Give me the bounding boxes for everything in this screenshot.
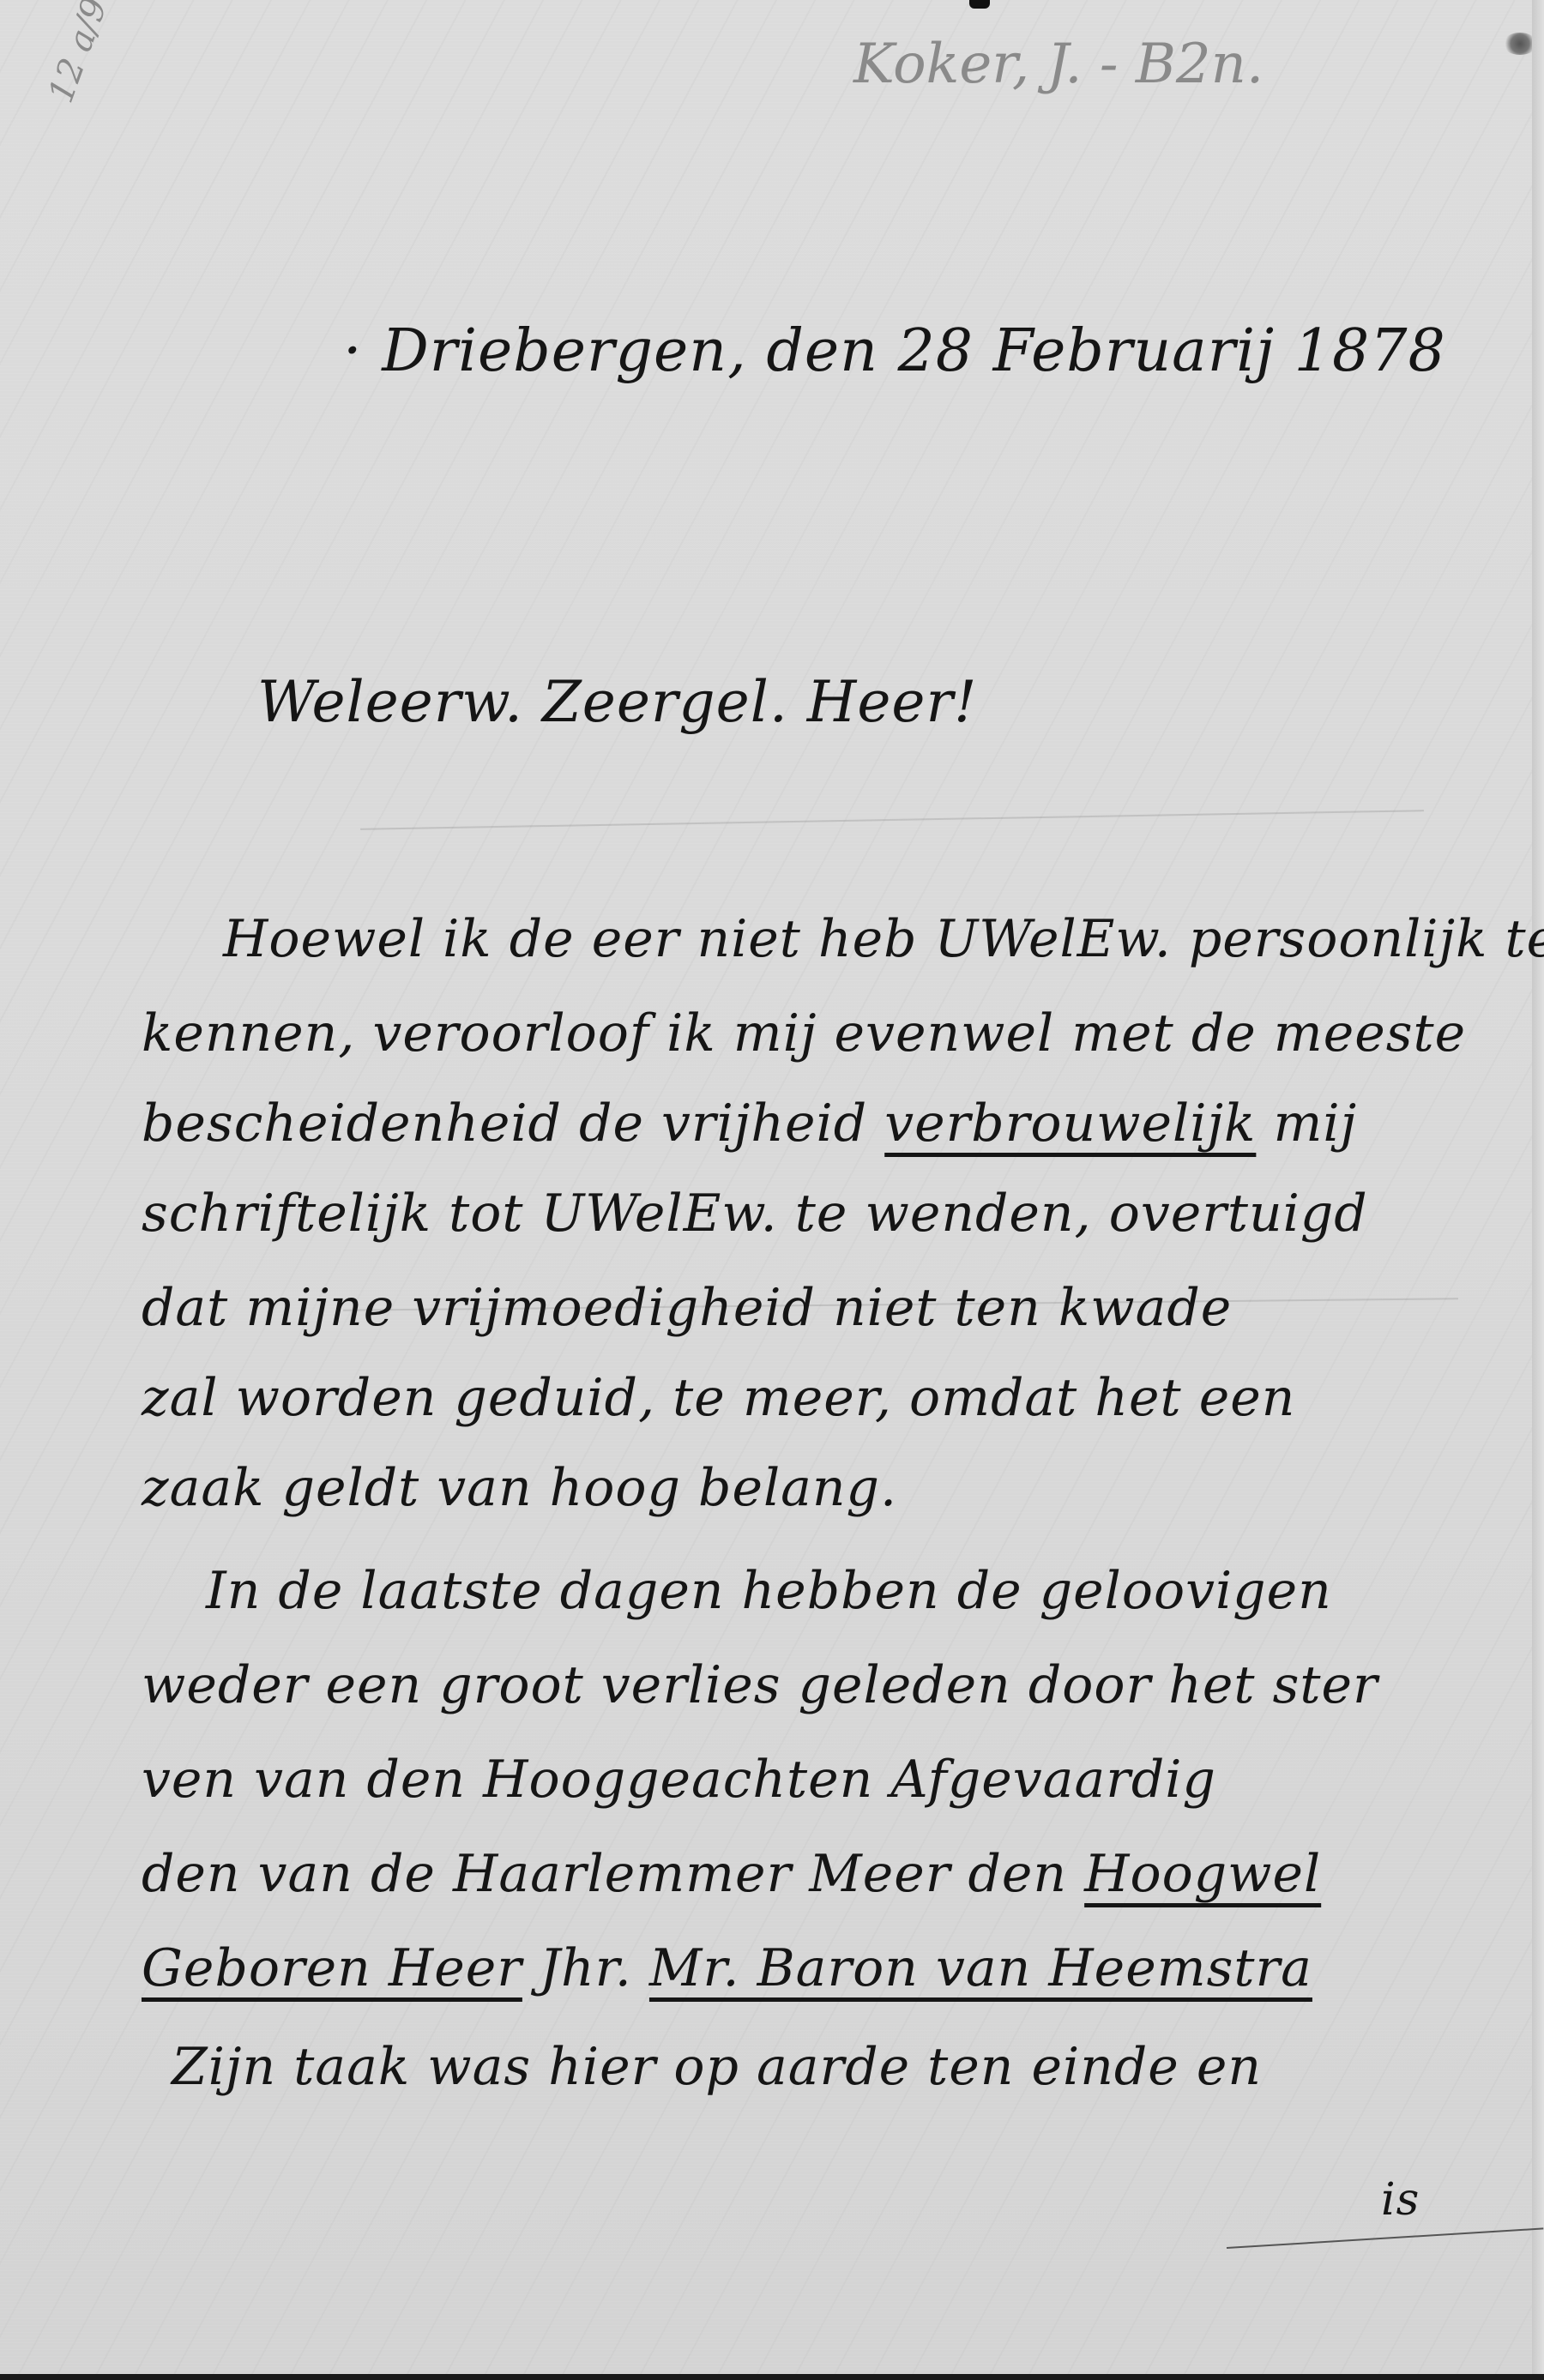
body-text: mij xyxy=(1256,1094,1357,1154)
letter-dateline: · Driebergen, den 28 Februarij 1878 xyxy=(343,317,1446,385)
body-text: den van de Haarlemmer Meer den xyxy=(142,1844,1084,1904)
scanned-letter-page: 12 a/9 Koker, J. - B2n. · Driebergen, de… xyxy=(0,0,1544,2380)
body-line: ven van den Hooggeachten Afgevaardig xyxy=(142,1750,1216,1810)
body-line: In de laatste dagen hebben de geloovigen xyxy=(206,1561,1332,1621)
archive-number: 12 a/9 xyxy=(41,0,115,108)
ink-mark-top xyxy=(969,0,990,9)
underlined-word: Mr. Baron van Heemstra xyxy=(649,1938,1312,1998)
underlined-word: Geboren Heer xyxy=(142,1938,522,1998)
body-line: zal worden geduid, te meer, omdat het ee… xyxy=(142,1368,1295,1428)
letter-salutation: Weleerw. Zeergel. Heer! xyxy=(257,669,978,735)
body-line: bescheidenheid de vrijheid verbrouwelijk… xyxy=(142,1094,1357,1154)
body-line: Zijn taak was hier op aarde ten einde en xyxy=(172,2037,1262,2097)
page-right-edge xyxy=(1532,0,1544,2380)
underlined-word: verbrouwelijk xyxy=(884,1094,1256,1154)
body-line: kennen, veroorloof ik mij evenwel met de… xyxy=(142,1003,1466,1063)
show-through-rule xyxy=(360,810,1424,830)
body-line: den van de Haarlemmer Meer den Hoogwel xyxy=(142,1844,1321,1904)
body-line: Hoewel ik de eer niet heb UWelEw. persoo… xyxy=(223,909,1544,969)
body-line: Geboren Heer Jhr. Mr. Baron van Heemstra xyxy=(142,1938,1312,1998)
archive-name-annotation: Koker, J. - B2n. xyxy=(853,33,1264,96)
body-text: Jhr. xyxy=(522,1938,649,1998)
catchword: is xyxy=(1381,2174,1420,2226)
bottom-rule-line xyxy=(1227,2227,1543,2249)
body-line: dat mijne vrijmoedigheid niet ten kwade xyxy=(142,1278,1232,1338)
body-line: schriftelijk tot UWelEw. te wenden, over… xyxy=(142,1184,1368,1244)
underlined-word: Hoogwel xyxy=(1084,1844,1321,1904)
body-text: bescheidenheid de vrijheid xyxy=(142,1094,884,1154)
body-line: weder een groot verlies geleden door het… xyxy=(142,1655,1378,1715)
scan-bottom-edge xyxy=(0,2374,1544,2380)
body-line: zaak geldt van hoog belang. xyxy=(142,1458,897,1518)
